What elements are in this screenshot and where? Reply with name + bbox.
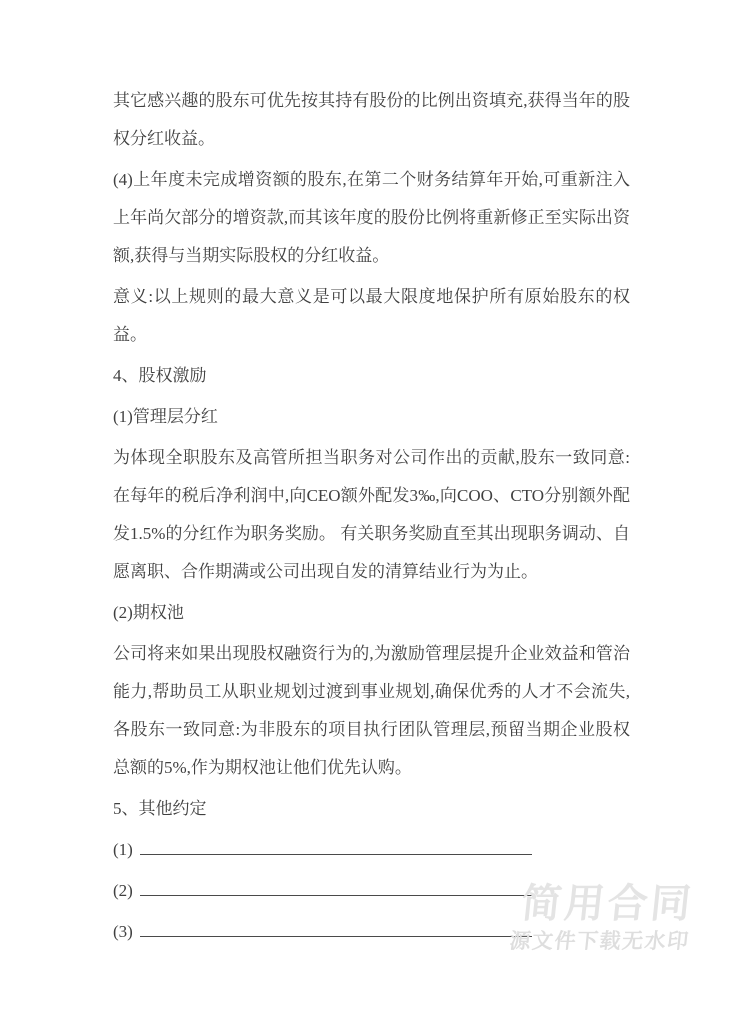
paragraph-option-pool: 公司将来如果出现股权融资行为的,为激励管理层提升企业效益和管治能力,帮助员工从职… xyxy=(113,635,630,787)
document-page: 其它感兴趣的股东可优先按其持有股份的比例出资填充,获得当年的股权分红收益。 (4… xyxy=(0,0,742,1017)
fill-in-item-2: (2) xyxy=(113,872,630,910)
contract-body: 其它感兴趣的股东可优先按其持有股份的比例出资填充,获得当年的股权分红收益。 (4… xyxy=(113,82,630,954)
fill-in-label-2: (2) xyxy=(113,881,133,900)
paragraph-meaning: 意义:以上规则的最大意义是可以最大限度地保护所有原始股东的权益。 xyxy=(113,278,630,354)
section-heading-other-terms: 5、其他约定 xyxy=(113,790,630,828)
fill-in-item-3: (3) xyxy=(113,913,630,951)
fill-in-blank-line-1 xyxy=(140,838,532,855)
fill-in-blank-line-3 xyxy=(140,920,532,937)
fill-in-label-3: (3) xyxy=(113,922,133,941)
fill-in-item-1: (1) xyxy=(113,831,630,869)
fill-in-label-1: (1) xyxy=(113,840,133,859)
section-heading-equity-incentive: 4、股权激励 xyxy=(113,357,630,395)
paragraph-dividend-fill: 其它感兴趣的股东可优先按其持有股份的比例出资填充,获得当年的股权分红收益。 xyxy=(113,82,630,158)
subheading-management-dividend: (1)管理层分红 xyxy=(113,398,630,436)
paragraph-management-dividend: 为体现全职股东及高管所担当职务对公司作出的贡献,股东一致同意:在每年的税后净利润… xyxy=(113,439,630,591)
paragraph-clause-4-reinvest: (4)上年度未完成增资额的股东,在第二个财务结算年开始,可重新注入上年尚欠部分的… xyxy=(113,161,630,275)
subheading-option-pool: (2)期权池 xyxy=(113,594,630,632)
fill-in-blank-line-2 xyxy=(140,879,532,896)
